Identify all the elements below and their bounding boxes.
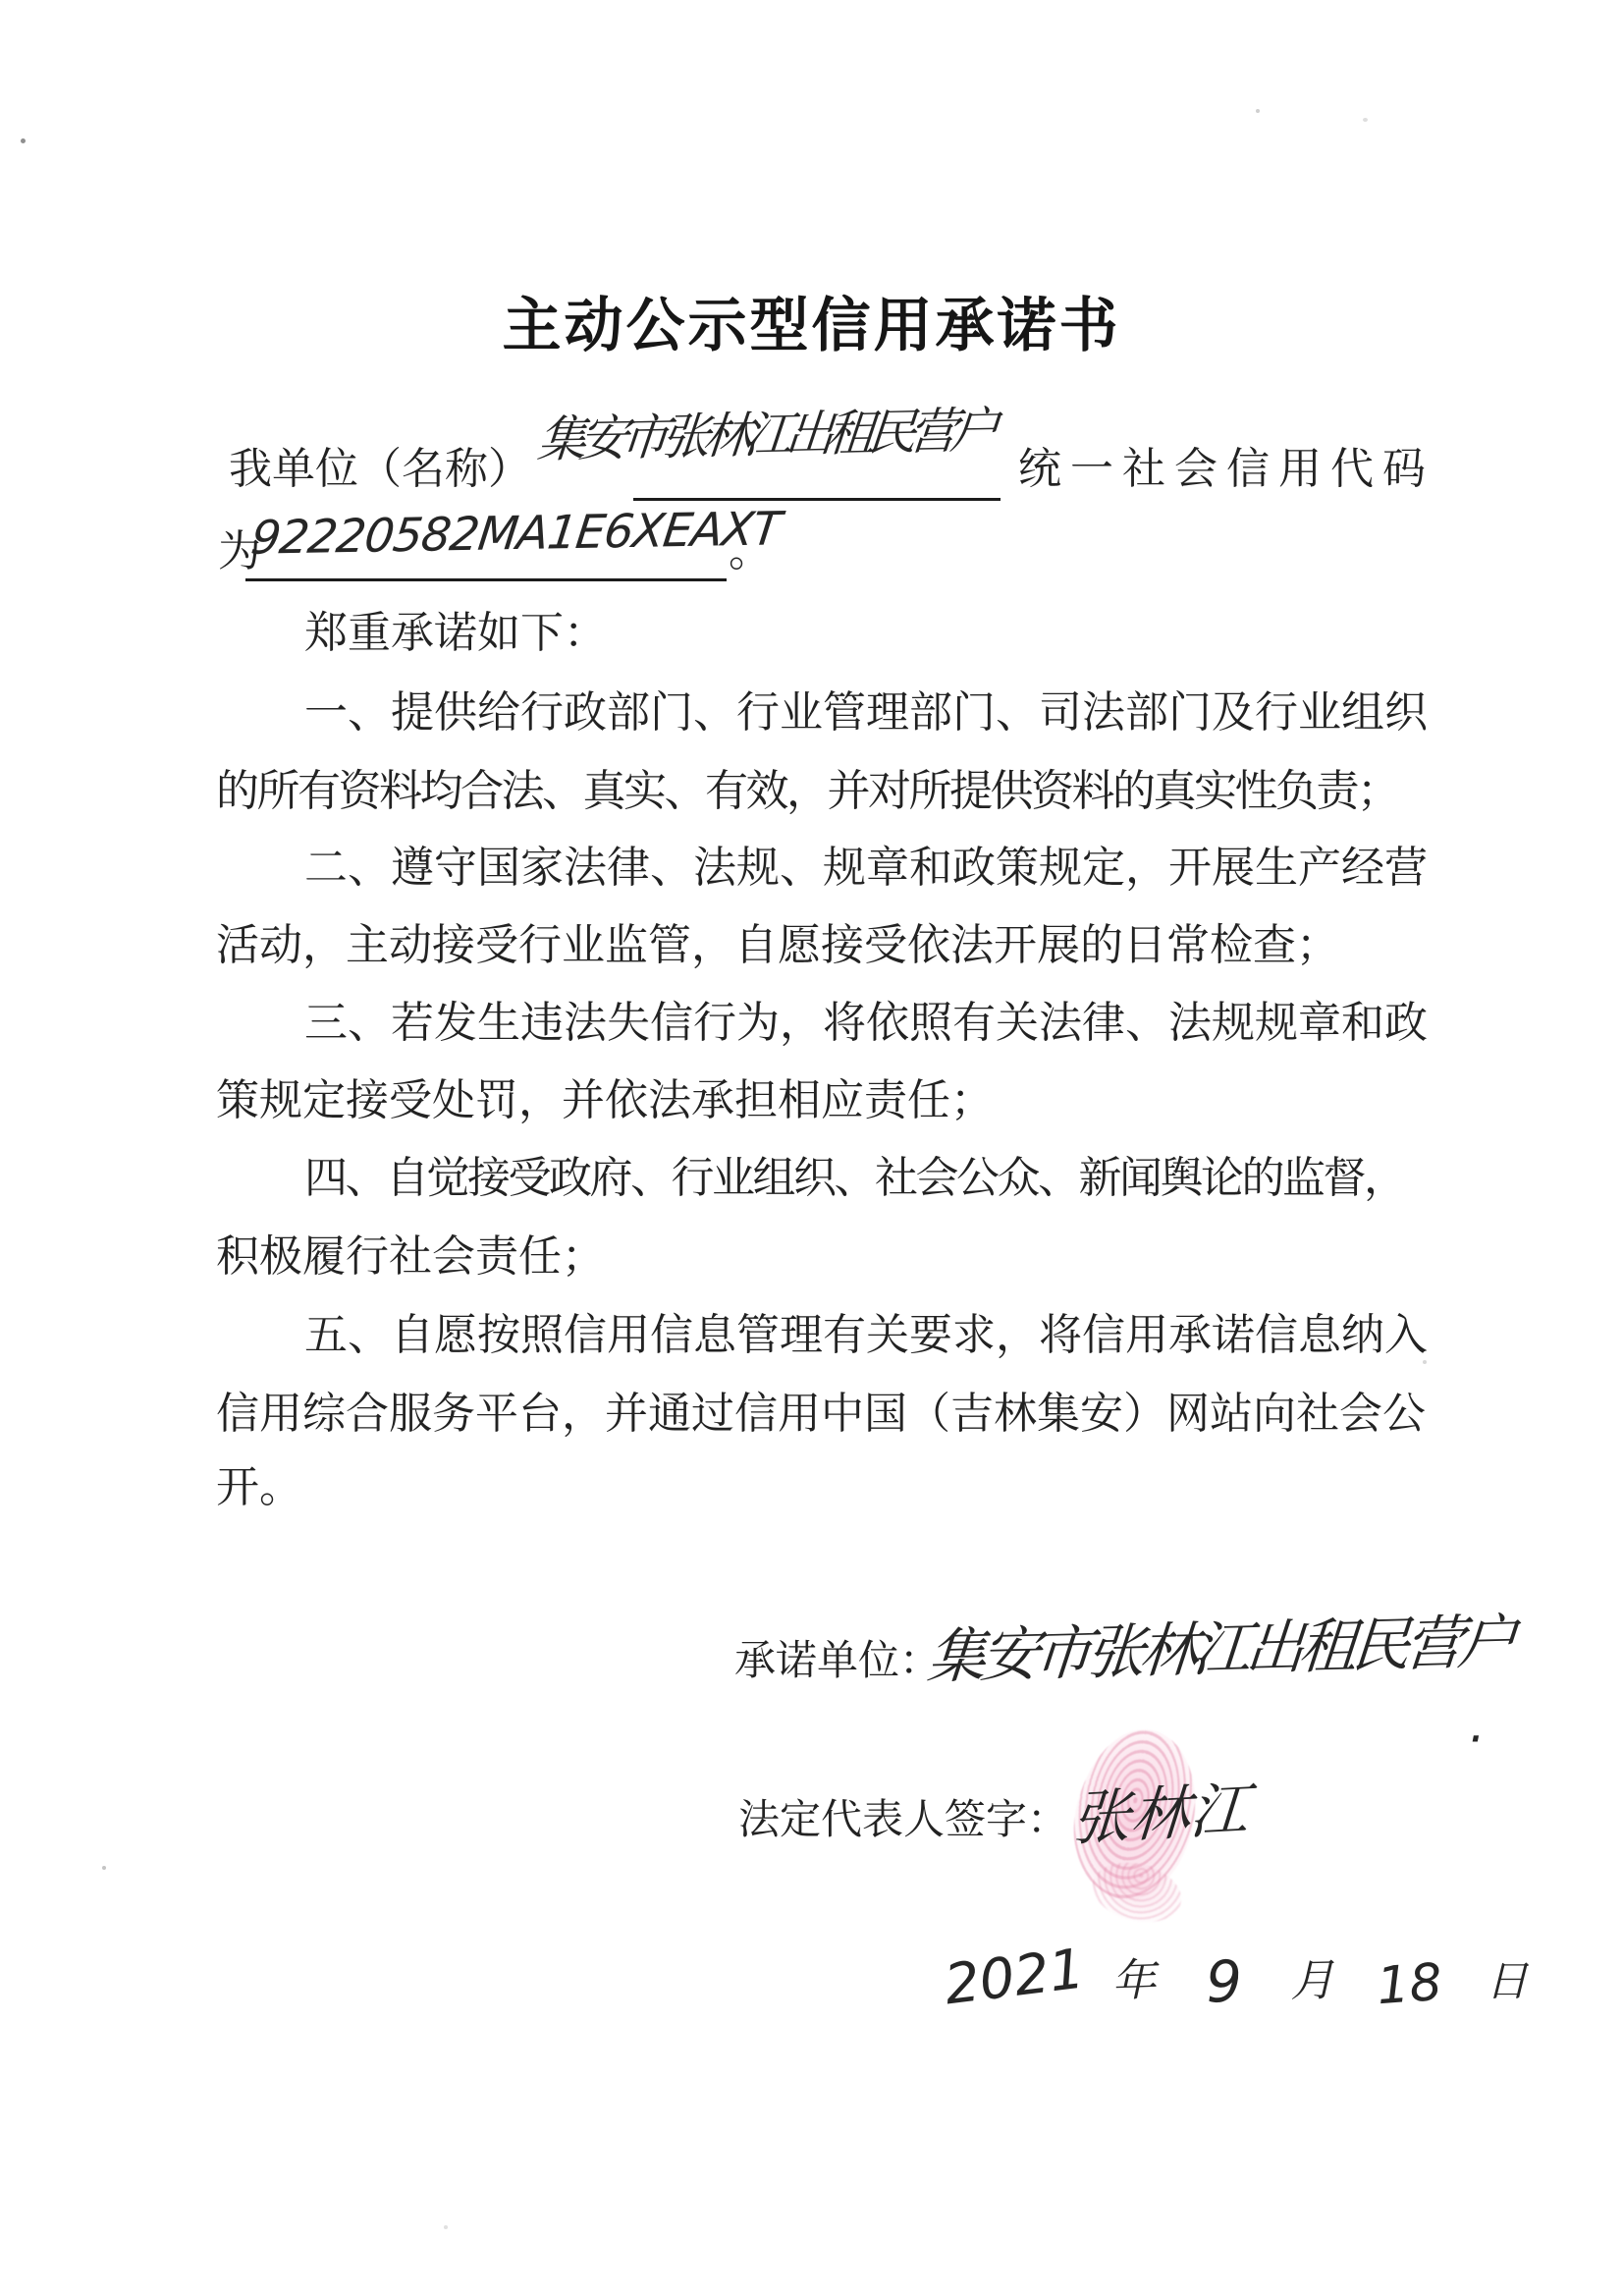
body-line-clause5b: 信用综合服务平台，并通过信用中国（吉林集安）网站向社会公: [216, 1384, 1434, 1445]
body-line-clause4a: 四、自觉接受政府、行业组织、社会公众、新闻舆论的监督，: [216, 1148, 1522, 1209]
body-line-clause1b: 的所有资料均合法、真实、有效，并对所提供资料的真实性负责；: [216, 761, 1434, 822]
date-day: 18: [1375, 1953, 1443, 2016]
body-line-clause4b: 积极履行社会责任；: [216, 1227, 1434, 1287]
blank-underline-unit-name: [633, 498, 1001, 501]
date-year: 2021: [942, 1938, 1088, 2018]
body-line-clause2a: 二、遵守国家法律、法规、规章和政策规定，开展生产经营: [216, 838, 1522, 899]
scan-speck: [21, 138, 26, 143]
body-line-pledge-intro: 郑重承诺如下：: [216, 603, 1522, 664]
body-line-closing: 开。: [216, 1457, 1434, 1518]
scan-speck: [1363, 118, 1368, 122]
legal-rep-signature-handwritten: 张林江: [1069, 1763, 1252, 1857]
document-title: 主动公示型信用承诺书: [0, 279, 1623, 363]
scan-speck: [1423, 1360, 1427, 1364]
legal-rep-label: 法定代表人签字：: [738, 1789, 1068, 1850]
body-line-clause5a: 五、自愿按照信用信息管理有关要求，将信用承诺信息纳入: [216, 1305, 1522, 1366]
date-day-suffix: 日: [1486, 1948, 1528, 2008]
scan-speck: [444, 2225, 448, 2229]
body-line-clause2b: 活动，主动接受行业监管，自愿接受依法开展的日常检查；: [216, 915, 1434, 976]
scan-speck: [102, 1866, 106, 1870]
body-line-clause3b: 策规定接受处罚，并依法承担相应责任；: [216, 1070, 1434, 1131]
date-line: 2021 年 9 月 18 日: [945, 1942, 1528, 2009]
promise-unit-label: 承诺单位：: [734, 1630, 941, 1691]
handwriting-stray-dot: ·: [1467, 1711, 1483, 1768]
date-year-suffix: 年: [1109, 1943, 1156, 2009]
body-line-clause1a: 一、提供给行政部门、行业管理部门、司法部门及行业组织: [216, 683, 1522, 743]
date-month-suffix: 月: [1289, 1944, 1334, 2009]
unit-name-handwritten: 集安市张林江出租民营户: [535, 391, 995, 471]
promise-unit-value-handwritten: 集安市张林江出租民营户: [925, 1595, 1515, 1695]
date-month: 9: [1205, 1947, 1243, 2015]
intro-line2-period: 。: [729, 521, 772, 582]
scanned-commitment-letter: 主动公示型信用承诺书 我单位（名称） 集安市张林江出租民营户 统一社会信用代码 …: [0, 0, 1623, 2296]
scan-speck: [1256, 109, 1260, 113]
intro-line1-prefix: 我单位（名称）: [229, 439, 531, 500]
intro-line1-suffix: 统一社会信用代码: [1018, 439, 1434, 500]
blank-underline-credit-code: [245, 578, 727, 581]
body-line-clause3a: 三、若发生违法失信行为，将依照有关法律、法规规章和政: [216, 993, 1522, 1054]
credit-code-handwritten: 92220582MA1E6XEAXT: [248, 502, 784, 566]
